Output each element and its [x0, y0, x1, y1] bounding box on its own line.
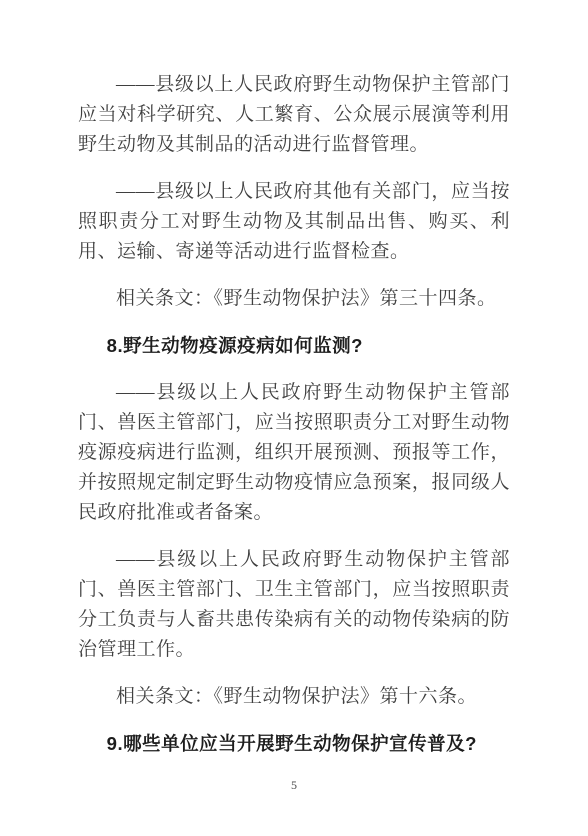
paragraph-epidemic-monitoring: ——县级以上人民政府野生动物保护主管部门、兽医主管部门，应当按照职责分工对野生动…: [78, 378, 510, 528]
paragraph-trade-supervision: ——县级以上人民政府其他有关部门，应当按照职责分工对野生动物及其制品出售、购买、…: [78, 177, 510, 267]
heading-question-9: 9.哪些单位应当开展野生动物保护宣传普及?: [78, 729, 510, 759]
reference-article-34: 相关条文：《野生动物保护法》第三十四条。: [78, 284, 510, 314]
paragraph-zoonotic-disease-control: ——县级以上人民政府野生动物保护主管部门、兽医主管部门、卫生主管部门，应当按照职…: [78, 545, 510, 665]
reference-article-16: 相关条文：《野生动物保护法》第十六条。: [78, 682, 510, 712]
page-content: ——县级以上人民政府野生动物保护主管部门应当对科学研究、人工繁育、公众展示展演等…: [78, 70, 510, 776]
paragraph-wildlife-use-supervision: ——县级以上人民政府野生动物保护主管部门应当对科学研究、人工繁育、公众展示展演等…: [78, 70, 510, 160]
heading-question-8: 8.野生动物疫源疫病如何监测?: [78, 331, 510, 361]
page-number: 5: [291, 778, 297, 792]
page-footer: 5: [0, 776, 588, 794]
document-page: ——县级以上人民政府野生动物保护主管部门应当对科学研究、人工繁育、公众展示展演等…: [0, 0, 588, 836]
